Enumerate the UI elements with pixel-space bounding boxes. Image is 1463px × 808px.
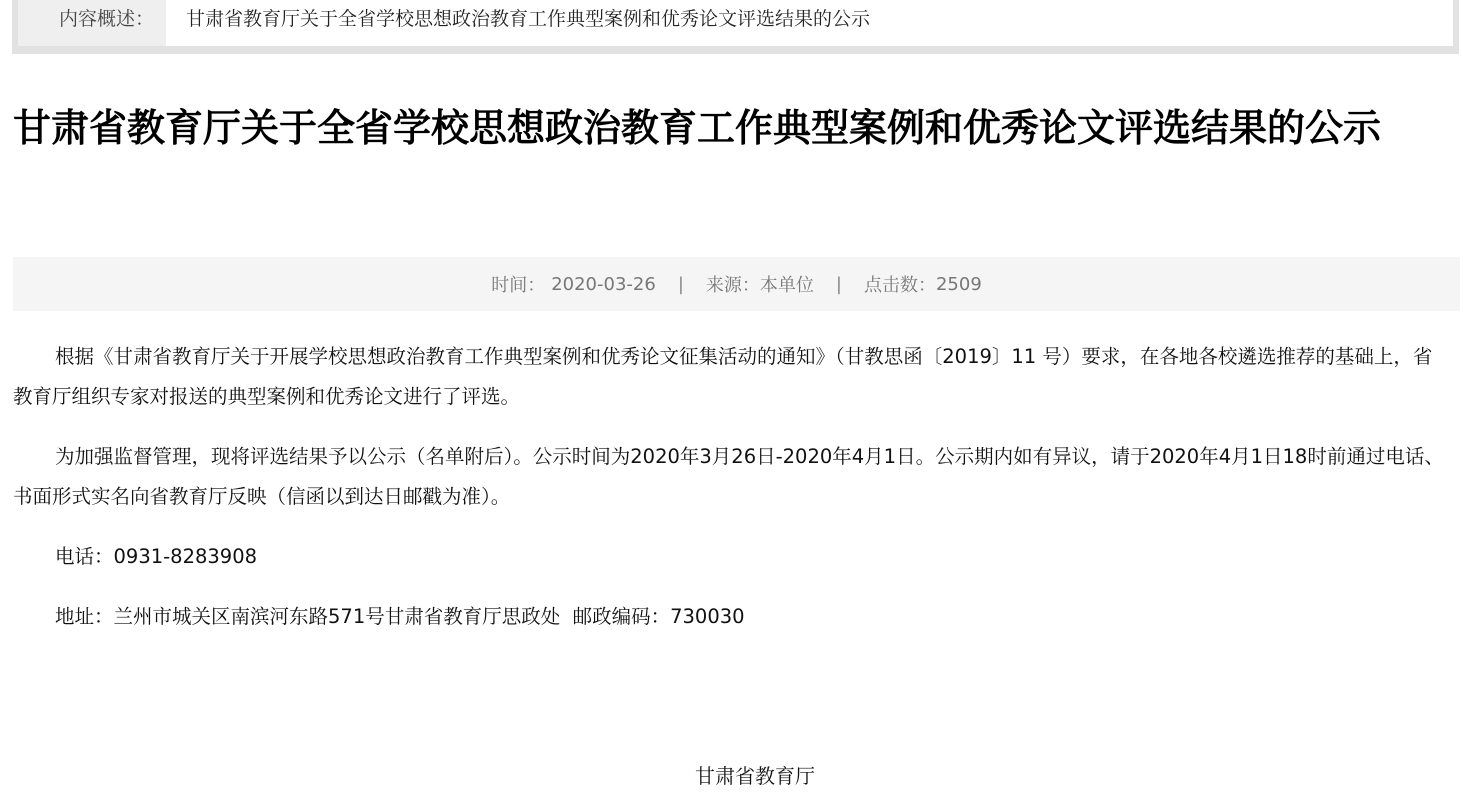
article-title: 甘肃省教育厅关于全省学校思想政治教育工作典型案例和优秀论文评选结果的公示 xyxy=(13,100,1463,156)
meta-separator: | xyxy=(678,274,684,295)
source-value: 本单位 xyxy=(760,271,814,297)
article-meta-bar: 时间： 2020-03-26 | 来源： 本单位 | 点击数： 2509 xyxy=(13,257,1460,311)
summary-box: 内容概述： 甘肃省教育厅关于全省学校思想政治教育工作典型案例和优秀论文评选结果的… xyxy=(12,0,1459,54)
clicks-value: 2509 xyxy=(936,274,982,295)
paragraph-notice: 为加强监督管理，现将评选结果予以公示（名单附后）。公示时间为2020年3月26日… xyxy=(13,437,1450,517)
article-body: 根据《甘肃省教育厅关于开展学校思想政治教育工作典型案例和优秀论文征集活动的通知》… xyxy=(13,337,1450,657)
summary-label: 内容概述： xyxy=(18,0,166,46)
meta-separator: | xyxy=(836,274,842,295)
time-label: 时间： xyxy=(491,271,545,297)
paragraph-address: 地址：兰州市城关区南滨河东路571号甘肃省教育厅思政处 邮政编码：730030 xyxy=(13,597,1450,637)
clicks-label: 点击数： xyxy=(864,271,936,297)
summary-text: 甘肃省教育厅关于全省学校思想政治教育工作典型案例和优秀论文评选结果的公示 xyxy=(166,0,1453,46)
paragraph-intro: 根据《甘肃省教育厅关于开展学校思想政治教育工作典型案例和优秀论文征集活动的通知》… xyxy=(13,337,1450,417)
signature: 甘肃省教育厅 xyxy=(0,760,1463,789)
summary-row: 内容概述： 甘肃省教育厅关于全省学校思想政治教育工作典型案例和优秀论文评选结果的… xyxy=(18,0,1453,46)
source-label: 来源： xyxy=(706,271,760,297)
paragraph-phone: 电话：0931-8283908 xyxy=(13,537,1450,577)
time-value: 2020-03-26 xyxy=(551,274,656,295)
